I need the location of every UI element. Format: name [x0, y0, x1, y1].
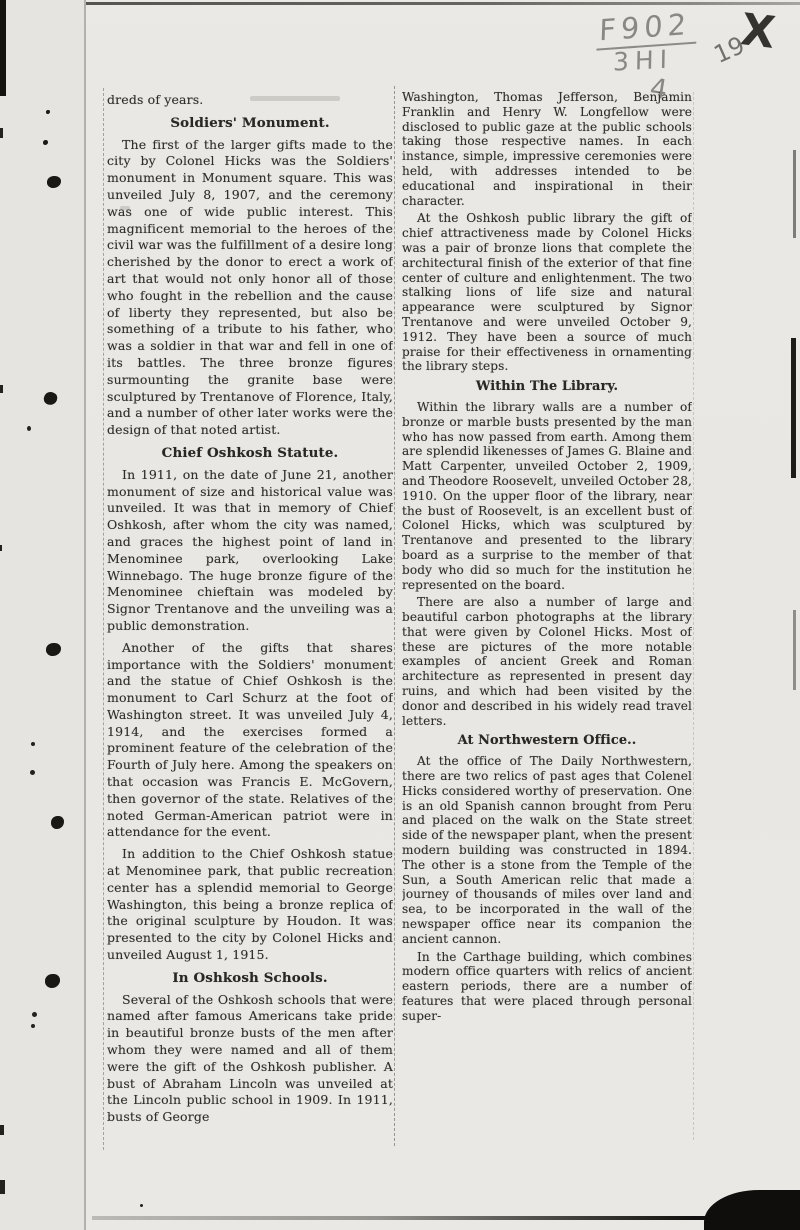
- clipping-right-rule: [693, 92, 694, 1140]
- section-heading-in-oshkosh-schools: In Oshkosh Schools.: [107, 970, 393, 987]
- column-fragment: dreds of years.: [107, 92, 393, 109]
- ink-spot: [32, 1012, 37, 1017]
- ink-spot: [46, 110, 50, 114]
- page-bottom-edge-line: [92, 1216, 800, 1220]
- paragraph: In 1911, on the date of June 21, another…: [107, 467, 393, 635]
- edge-mark: [791, 338, 796, 478]
- paragraph: Another of the gifts that shares importa…: [107, 640, 393, 842]
- paragraph: In addition to the Chief Oshkosh statue …: [107, 846, 393, 964]
- handwritten-catalog-code: 3HI: [613, 44, 674, 76]
- paragraph: Several of the Oshkosh schools that were…: [107, 992, 393, 1126]
- paragraph: At the Oshkosh public library the gift o…: [402, 211, 692, 374]
- ink-spot: [140, 1204, 143, 1207]
- section-heading-at-northwestern-office: At Northwestern Office..: [402, 734, 692, 749]
- paragraph: At the office of The Daily Northwestern,…: [402, 754, 692, 946]
- paragraph: In the Carthage building, which combines…: [402, 950, 692, 1024]
- section-heading-chief-oshkosh-statute: Chief Oshkosh Statute.: [107, 445, 393, 462]
- ink-blob: [45, 974, 60, 988]
- edge-mark: [793, 610, 796, 690]
- ink-blob: [47, 176, 61, 188]
- edge-mark: [793, 150, 796, 238]
- article-column-right: Washington, Thomas Jefferson, Benjamin F…: [402, 90, 692, 1154]
- edge-mark: [0, 128, 3, 138]
- clipping-left-rule: [103, 88, 104, 1150]
- handwritten-catalog-code: F902: [596, 6, 697, 50]
- edge-mark: [0, 385, 3, 393]
- page-top-edge-line: [86, 2, 800, 5]
- ink-spot: [31, 1024, 35, 1028]
- paragraph: Washington, Thomas Jefferson, Benjamin F…: [402, 90, 692, 208]
- ink-blob: [51, 816, 64, 829]
- article-column-left: dreds of years. Soldiers' Monument. The …: [107, 92, 393, 1150]
- edge-mark: [0, 545, 2, 551]
- paragraph: Within the library walls are a number of…: [402, 400, 692, 592]
- scanned-newspaper-page: { "page": { "background_color": "#e9e7e3…: [0, 0, 800, 1230]
- section-heading-within-the-library: Within The Library.: [402, 380, 692, 395]
- edge-mark: [0, 1180, 5, 1194]
- scan-left-edge: [0, 0, 6, 96]
- ink-spot: [43, 140, 48, 145]
- edge-mark: [0, 1125, 4, 1135]
- section-heading-soldiers-monument: Soldiers' Monument.: [107, 115, 393, 132]
- ink-spot: [31, 742, 35, 746]
- page-fold-line: [84, 0, 86, 1230]
- ink-spot: [30, 770, 35, 775]
- paragraph: The first of the larger gifts made to th…: [107, 137, 393, 439]
- ink-spot: [27, 426, 31, 431]
- paragraph: There are also a number of large and bea…: [402, 595, 692, 728]
- column-divider-rule: [394, 86, 395, 1146]
- ink-blob: [42, 390, 59, 407]
- ink-blob: [46, 643, 61, 656]
